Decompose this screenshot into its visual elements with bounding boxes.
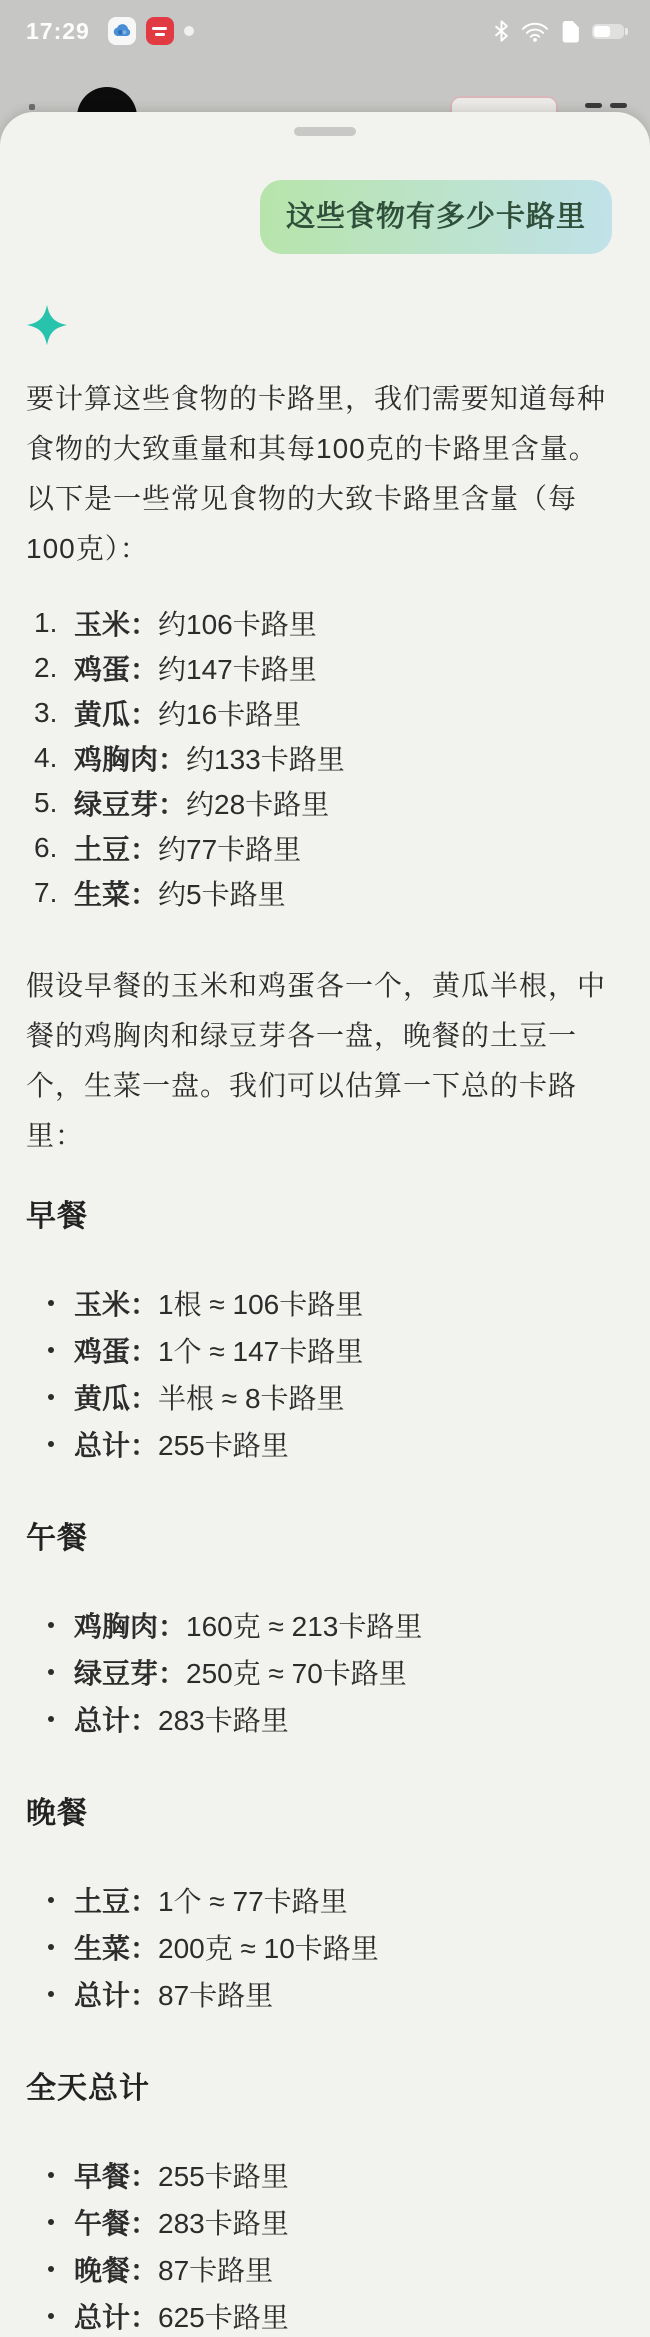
item-number: 6. <box>34 832 74 864</box>
item-value: 283卡路里 <box>158 2202 289 2242</box>
section-title-dinner: 晚餐 <box>26 1788 612 1832</box>
list-item: 1.玉米：约106卡路里 <box>34 600 612 645</box>
item-value: 87卡路里 <box>158 1974 273 2014</box>
item-label: 鸡胸肉： <box>74 738 186 778</box>
item-value: 约133卡路里 <box>186 738 345 778</box>
item-value: 半根 ≈ 8卡路里 <box>158 1377 345 1417</box>
menu-dash-icon[interactable] <box>585 103 602 108</box>
bullet-icon <box>48 1991 54 1997</box>
battery-icon <box>592 24 624 39</box>
user-message-bubble: 这些食物有多少卡路里 <box>260 180 612 254</box>
item-value: 约16卡路里 <box>158 693 301 733</box>
list-item: 总计：625卡路里 <box>26 2292 612 2337</box>
item-value: 约147卡路里 <box>158 648 317 688</box>
status-indicators <box>494 20 624 43</box>
list-item: 早餐：255卡路里 <box>26 2151 612 2198</box>
item-label: 黄瓜： <box>74 1377 158 1417</box>
list-item: 总计：283卡路里 <box>26 1695 612 1742</box>
item-number: 7. <box>34 877 74 909</box>
list-item: 5.绿豆芽：约28卡路里 <box>34 780 612 825</box>
breakfast-list: 玉米：1根 ≈ 106卡路里 鸡蛋：1个 ≈ 147卡路里 黄瓜：半根 ≈ 8卡… <box>26 1279 612 1467</box>
day-total-list: 早餐：255卡路里 午餐：283卡路里 晚餐：87卡路里 总计：625卡路里 <box>26 2151 612 2337</box>
list-item: 玉米：1根 ≈ 106卡路里 <box>26 1279 612 1326</box>
item-label: 鸡蛋： <box>74 1330 158 1370</box>
item-label: 午餐： <box>74 2202 158 2242</box>
bullet-icon <box>48 2313 54 2319</box>
item-value: 283卡路里 <box>158 1699 289 1739</box>
item-label: 早餐： <box>74 2155 158 2195</box>
lunch-list: 鸡胸肉：160克 ≈ 213卡路里 绿豆芽：250克 ≈ 70卡路里 总计：28… <box>26 1601 612 1742</box>
item-label: 总计： <box>74 1699 158 1739</box>
list-item: 总计：255卡路里 <box>26 1420 612 1467</box>
item-number: 2. <box>34 652 74 684</box>
list-item: 土豆：1个 ≈ 77卡路里 <box>26 1876 612 1923</box>
bullet-icon <box>48 1347 54 1353</box>
bullet-icon <box>48 1897 54 1903</box>
item-value: 1根 ≈ 106卡路里 <box>158 1283 363 1323</box>
list-item: 6.土豆：约77卡路里 <box>34 825 612 870</box>
list-item: 7.生菜：约5卡路里 <box>34 870 612 915</box>
status-time: 17:29 <box>26 18 90 45</box>
back-indicator[interactable] <box>29 104 35 110</box>
item-value: 约77卡路里 <box>158 828 301 868</box>
item-number: 5. <box>34 787 74 819</box>
item-label: 总计： <box>74 2296 158 2336</box>
bullet-icon <box>48 2219 54 2225</box>
item-number: 4. <box>34 742 74 774</box>
sim-icon <box>561 20 580 43</box>
bullet-icon <box>48 1669 54 1675</box>
item-value: 255卡路里 <box>158 2155 289 2195</box>
red-app-icon <box>146 17 174 45</box>
item-number: 1. <box>34 607 74 639</box>
assistant-intro: 要计算这些食物的卡路里，我们需要知道每种食物的大致重量和其每100克的卡路里含量… <box>26 374 612 574</box>
item-label: 绿豆芽： <box>74 783 186 823</box>
bullet-icon <box>48 2266 54 2272</box>
bluetooth-icon <box>494 20 509 42</box>
item-label: 鸡胸肉： <box>74 1605 186 1645</box>
item-label: 晚餐： <box>74 2249 158 2289</box>
assistant-assumption: 假设早餐的玉米和鸡蛋各一个，黄瓜半根，中餐的鸡胸肉和绿豆芽各一盘，晚餐的土豆一个… <box>26 961 612 1161</box>
calorie-list: 1.玉米：约106卡路里 2.鸡蛋：约147卡路里 3.黄瓜：约16卡路里 4.… <box>26 600 612 915</box>
item-label: 生菜： <box>74 1927 158 1967</box>
item-label: 黄瓜： <box>74 693 158 733</box>
list-item: 生菜：200克 ≈ 10卡路里 <box>26 1923 612 1970</box>
item-value: 250克 ≈ 70卡路里 <box>186 1652 407 1692</box>
list-item: 4.鸡胸肉：约133卡路里 <box>34 735 612 780</box>
item-value: 1个 ≈ 147卡路里 <box>158 1330 363 1370</box>
list-item: 3.黄瓜：约16卡路里 <box>34 690 612 735</box>
item-value: 255卡路里 <box>158 1424 289 1464</box>
item-label: 生菜： <box>74 873 158 913</box>
list-item: 绿豆芽：250克 ≈ 70卡路里 <box>26 1648 612 1695</box>
item-value: 约28卡路里 <box>186 783 329 823</box>
ai-sparkle-icon <box>26 304 68 346</box>
bullet-icon <box>48 1944 54 1950</box>
item-value: 87卡路里 <box>158 2249 273 2289</box>
list-item: 黄瓜：半根 ≈ 8卡路里 <box>26 1373 612 1420</box>
sheet-drag-handle[interactable] <box>294 127 356 136</box>
item-value: 160克 ≈ 213卡路里 <box>186 1605 422 1645</box>
cloud-app-icon <box>108 17 136 45</box>
bullet-icon <box>48 1622 54 1628</box>
chat-content: 这些食物有多少卡路里 要计算这些食物的卡路里，我们需要知道每种食物的大致重量和其… <box>0 180 650 2337</box>
item-value: 1个 ≈ 77卡路里 <box>158 1880 348 1920</box>
list-item: 2.鸡蛋：约147卡路里 <box>34 645 612 690</box>
list-item: 鸡蛋：1个 ≈ 147卡路里 <box>26 1326 612 1373</box>
bullet-icon <box>48 1394 54 1400</box>
list-item: 午餐：283卡路里 <box>26 2198 612 2245</box>
section-title-breakfast: 早餐 <box>26 1191 612 1235</box>
item-label: 总计： <box>74 1974 158 2014</box>
item-label: 鸡蛋： <box>74 648 158 688</box>
wifi-icon <box>521 21 549 42</box>
item-label: 玉米： <box>74 603 158 643</box>
menu-dash-icon[interactable] <box>610 103 627 108</box>
chat-sheet[interactable]: 这些食物有多少卡路里 要计算这些食物的卡路里，我们需要知道每种食物的大致重量和其… <box>0 112 650 2337</box>
item-label: 总计： <box>74 1424 158 1464</box>
notification-dot <box>184 26 194 36</box>
item-label: 土豆： <box>74 1880 158 1920</box>
list-item: 鸡胸肉：160克 ≈ 213卡路里 <box>26 1601 612 1648</box>
item-value: 625卡路里 <box>158 2296 289 2336</box>
bullet-icon <box>48 2172 54 2178</box>
item-value: 约106卡路里 <box>158 603 317 643</box>
item-label: 玉米： <box>74 1283 158 1323</box>
bullet-icon <box>48 1441 54 1447</box>
item-value: 200克 ≈ 10卡路里 <box>158 1927 379 1967</box>
section-title-lunch: 午餐 <box>26 1513 612 1557</box>
dinner-list: 土豆：1个 ≈ 77卡路里 生菜：200克 ≈ 10卡路里 总计：87卡路里 <box>26 1876 612 2017</box>
status-bar: 17:29 <box>0 0 650 62</box>
item-label: 绿豆芽： <box>74 1652 186 1692</box>
list-item: 总计：87卡路里 <box>26 1970 612 2017</box>
section-title-day-total: 全天总计 <box>26 2063 612 2107</box>
bullet-icon <box>48 1300 54 1306</box>
list-item: 晚餐：87卡路里 <box>26 2245 612 2292</box>
item-number: 3. <box>34 697 74 729</box>
item-label: 土豆： <box>74 828 158 868</box>
item-value: 约5卡路里 <box>158 873 286 913</box>
bullet-icon <box>48 1716 54 1722</box>
